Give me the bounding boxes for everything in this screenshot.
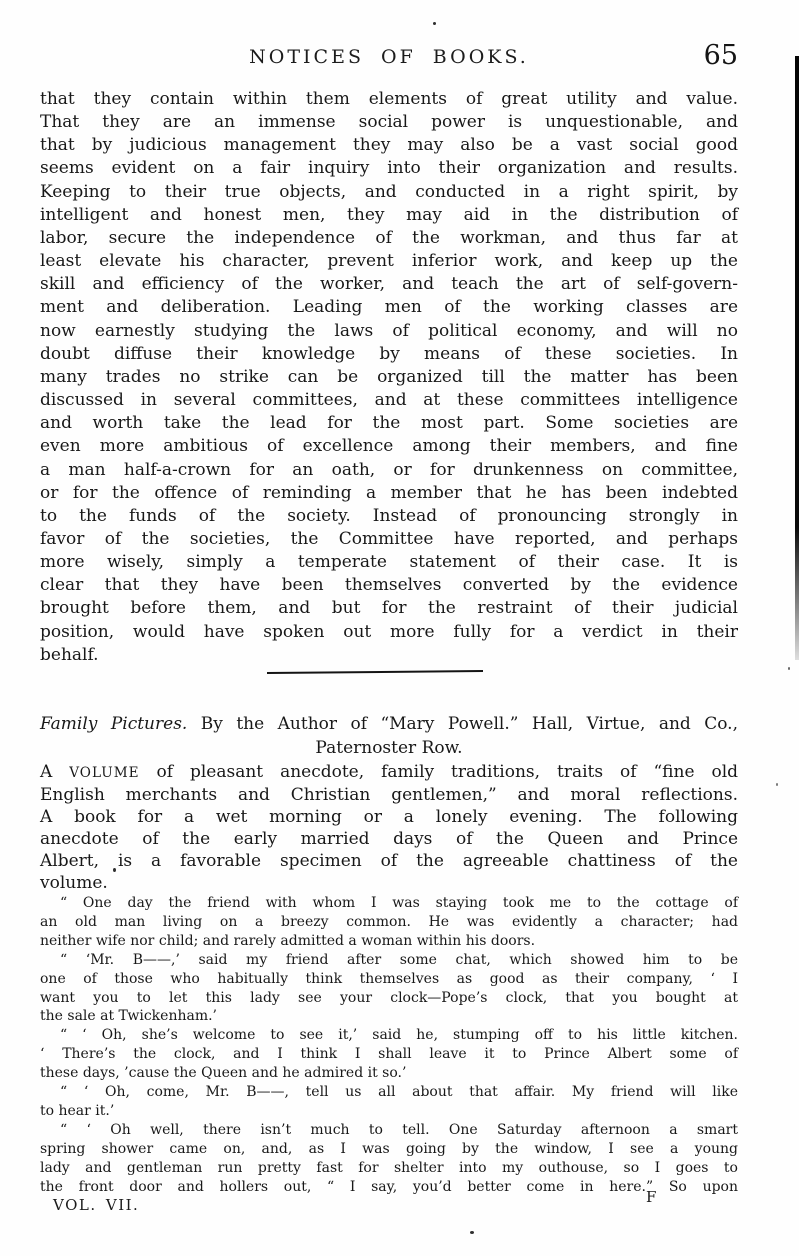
- smallcaps-word: VOLUME: [69, 765, 139, 781]
- volume-label: VOL. VII.: [53, 1196, 139, 1214]
- review-article-2-intro: A VOLUME of pleasant anecdote, family tr…: [40, 761, 738, 894]
- text-line: “ One day the friend with whom I was sta…: [40, 894, 738, 913]
- text-line: A VOLUME of pleasant anecdote, family tr…: [40, 761, 738, 784]
- scan-speck: [776, 783, 778, 786]
- text-line: skill and efficiency of the worker, and …: [40, 273, 738, 296]
- quoted-anecdote-block: “ One day the friend with whom I was sta…: [40, 894, 738, 1197]
- text-line: intelligent and honest men, they may aid…: [40, 204, 738, 227]
- text-line: position, would have spoken out more ful…: [40, 621, 738, 644]
- text-line: least elevate his character, prevent inf…: [40, 250, 738, 273]
- scan-speck: [433, 22, 436, 25]
- text-line: spring shower came on, and, as I was goi…: [40, 1140, 738, 1159]
- text-line: “ ‘Mr. B——,’ said my friend after some c…: [40, 951, 738, 970]
- text-line: the sale at Twickenham.’: [40, 1007, 738, 1026]
- scan-speck: [470, 1231, 474, 1234]
- text-line: A book for a wet morning or a lonely eve…: [40, 806, 738, 828]
- text-line: behalf.: [40, 644, 738, 667]
- text-line: want you to let this lady see your clock…: [40, 989, 738, 1008]
- text-line: volume.: [40, 872, 738, 894]
- text-line: labor, secure the independence of the wo…: [40, 227, 738, 250]
- text-line: that by judicious management they may al…: [40, 134, 738, 157]
- text-line: now earnestly studying the laws of polit…: [40, 320, 738, 343]
- text-line: many trades no strike can be organized t…: [40, 366, 738, 389]
- book-title: Family Pictures.: [40, 714, 187, 734]
- text-line: to the funds of the society. Instead of …: [40, 505, 738, 528]
- text-line: a man half-a-crown for an oath, or for d…: [40, 459, 738, 482]
- book-page: NOTICES OF BOOKS. 65 that they contain w…: [0, 0, 799, 1256]
- text-line: Albert, is a favorable specimen of the a…: [40, 850, 738, 872]
- scan-speck: [113, 868, 116, 872]
- text-line: Keeping to their true objects, and condu…: [40, 181, 738, 204]
- printer-signature: F: [646, 1188, 656, 1206]
- text-line: the front door and hollers out, “ I say,…: [40, 1178, 738, 1197]
- heading-line: Paternoster Row.: [40, 736, 738, 760]
- text-line: “ ‘ Oh, she’s welcome to see it,’ said h…: [40, 1026, 738, 1045]
- text-line: neither wife nor child; and rarely admit…: [40, 932, 738, 951]
- text-line: seems evident on a fair inquiry into the…: [40, 157, 738, 180]
- text-line: or for the offence of reminding a member…: [40, 482, 738, 505]
- text-line: favor of the societies, the Committee ha…: [40, 528, 738, 551]
- text-line: anecdote of the early married days of th…: [40, 828, 738, 850]
- text-line: ment and deliberation. Leading men of th…: [40, 296, 738, 319]
- text-line: and worth take the lead for the most par…: [40, 412, 738, 435]
- text-line: one of those who habitually think themse…: [40, 970, 738, 989]
- text-line: English merchants and Christian gentleme…: [40, 784, 738, 806]
- page-number: 65: [640, 40, 738, 71]
- text-line: these days, ’cause the Queen and he admi…: [40, 1064, 738, 1083]
- heading-line: Family Pictures. By the Author of “Mary …: [40, 712, 738, 736]
- lead-word: A: [40, 762, 52, 782]
- scan-speck: [788, 667, 790, 670]
- text-line: That they are an immense social power is…: [40, 111, 738, 134]
- text-line: brought before them, and but for the res…: [40, 597, 738, 620]
- section-divider-rule: [267, 670, 483, 674]
- text-line: clear that they have been themselves con…: [40, 574, 738, 597]
- text-line: to hear it.’: [40, 1102, 738, 1121]
- line-rest: of pleasant anecdote, family traditions,…: [157, 762, 739, 782]
- book-heading: Family Pictures. By the Author of “Mary …: [40, 712, 738, 760]
- text-line: an old man living on a breezy common. He…: [40, 913, 738, 932]
- text-line: more wisely, simply a temperate statemen…: [40, 551, 738, 574]
- scan-edge-artifact: [795, 56, 799, 660]
- text-line: that they contain within them elements o…: [40, 88, 738, 111]
- text-line: doubt diffuse their knowledge by means o…: [40, 343, 738, 366]
- text-line: ‘ There’s the clock, and I think I shall…: [40, 1045, 738, 1064]
- text-line: even more ambitious of excellence among …: [40, 435, 738, 458]
- text-line: discussed in several committees, and at …: [40, 389, 738, 412]
- review-article-1: that they contain within them elements o…: [40, 88, 738, 667]
- text-line: lady and gentleman run pretty fast for s…: [40, 1159, 738, 1178]
- text-line: “ ‘ Oh well, there isn’t much to tell. O…: [40, 1121, 738, 1140]
- text-line: “ ‘ Oh, come, Mr. B——, tell us all about…: [40, 1083, 738, 1102]
- heading-publisher: By the Author of “Mary Powell.” Hall, Vi…: [201, 714, 738, 734]
